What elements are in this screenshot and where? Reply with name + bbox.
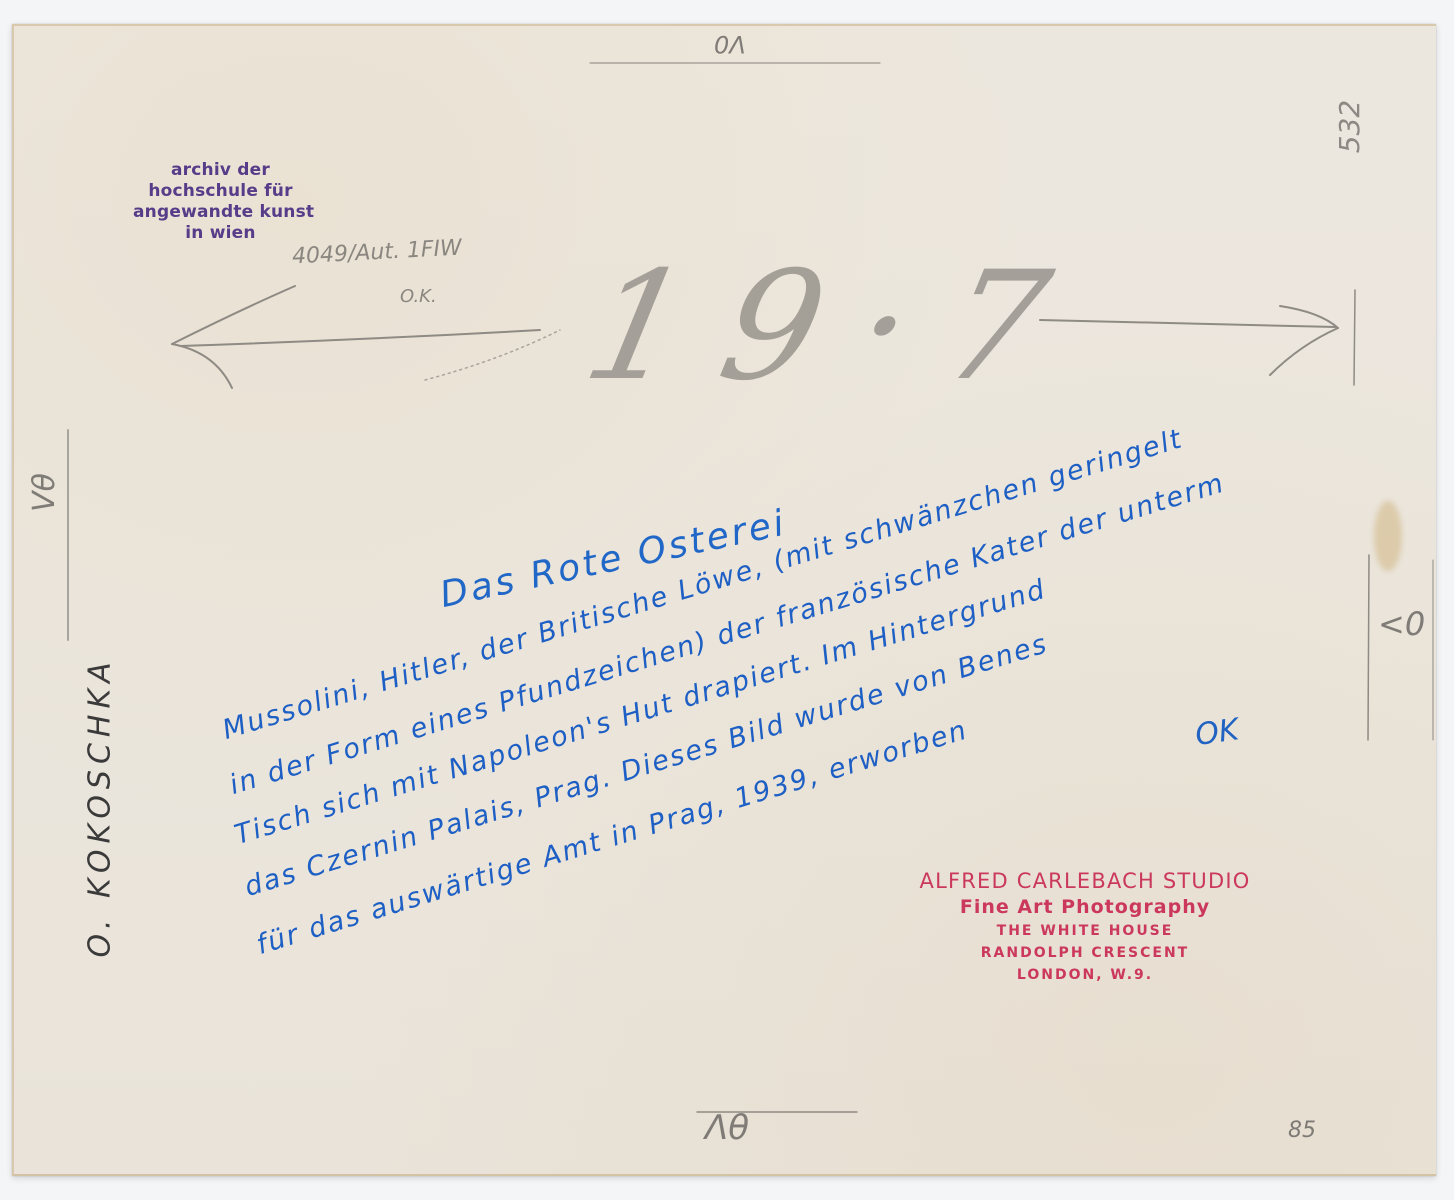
- mark-bottom: Λθ: [705, 1108, 749, 1148]
- studio-address-line: RANDOLPH CRESCENT: [900, 942, 1270, 964]
- mark-left: Vθ: [27, 473, 62, 512]
- archive-stamp-line: angewandte kunst: [133, 202, 308, 223]
- archive-stamp-line: archiv der: [133, 160, 308, 181]
- signature: OK: [1193, 712, 1241, 753]
- studio-name: ALFRED CARLEBACH STUDIO: [900, 868, 1270, 894]
- studio-address-line: THE WHITE HOUSE: [900, 920, 1270, 942]
- side-number: 532: [1333, 100, 1366, 153]
- artist-name-vertical: O. KOKOSCHKA: [83, 538, 118, 958]
- archive-stamp-line: hochschule für: [133, 181, 308, 202]
- paper-stain: [1374, 501, 1402, 571]
- archive-stamp-line: in wien: [133, 223, 308, 244]
- big-date-note: 19·7: [572, 240, 1103, 414]
- studio-address-line: LONDON, W.9.: [900, 964, 1270, 986]
- archive-stamp: archiv der hochschule für angewandte kun…: [133, 160, 308, 244]
- mark-right: <0: [1378, 605, 1425, 643]
- mark-top: V0: [714, 30, 746, 58]
- page-number: 85: [1288, 1118, 1316, 1143]
- studio-subtitle: Fine Art Photography: [900, 894, 1270, 920]
- ok-note: O.K.: [400, 286, 437, 307]
- studio-stamp: ALFRED CARLEBACH STUDIO Fine Art Photogr…: [900, 868, 1270, 986]
- document-stage: archiv der hochschule für angewandte kun…: [0, 0, 1454, 1200]
